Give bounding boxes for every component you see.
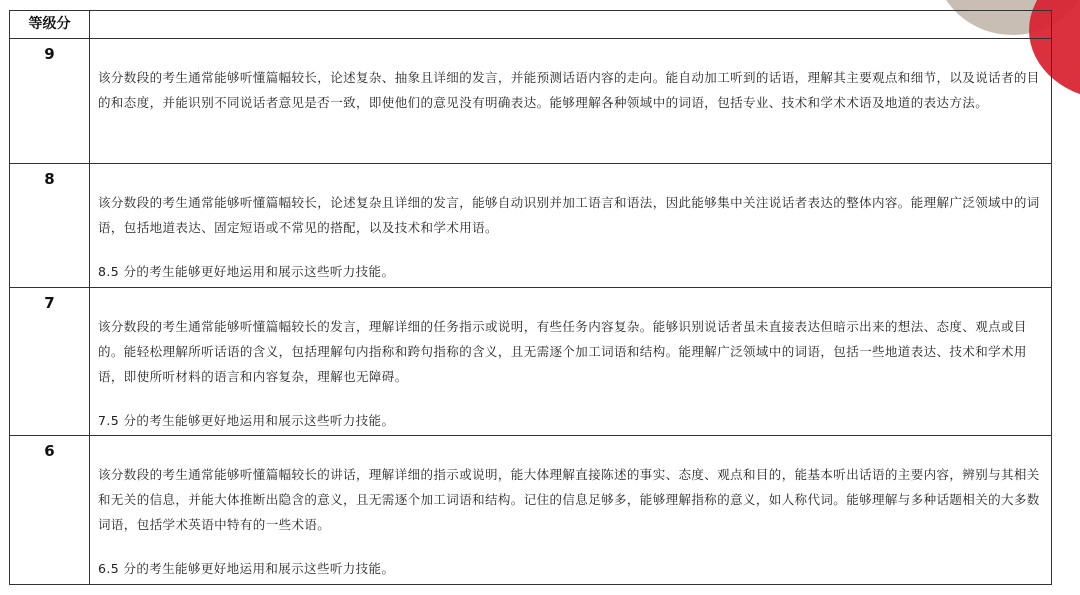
table-row: 8 该分数段的考生通常能够听懂篇幅较长，论述复杂且详细的发言，能够自动识别并加工… <box>10 164 1052 288</box>
band-description: 该分数段的考生通常能够听懂篇幅较长，论述复杂且详细的发言，能够自动识别并加工语言… <box>98 190 1043 240</box>
table-row: 6 该分数段的考生通常能够听懂篇幅较长的讲话，理解详细的指示或说明，能大体理解直… <box>10 436 1052 585</box>
table-row: 9 该分数段的考生通常能够听懂篇幅较长，论述复杂、抽象且详细的发言，并能预测话语… <box>10 39 1052 164</box>
band-score: 8 <box>10 164 90 288</box>
band-descriptor-table: 等级分 9 该分数段的考生通常能够听懂篇幅较长，论述复杂、抽象且详细的发言，并能… <box>9 10 1052 585</box>
band-description-cell: 该分数段的考生通常能够听懂篇幅较长，论述复杂且详细的发言，能够自动识别并加工语言… <box>90 164 1052 288</box>
band-description: 该分数段的考生通常能够听懂篇幅较长的发言，理解详细的任务指示或说明，有些任务内容… <box>98 314 1043 389</box>
header-description-label <box>90 11 1052 39</box>
band-description-cell: 该分数段的考生通常能够听懂篇幅较长的讲话，理解详细的指示或说明，能大体理解直接陈… <box>90 436 1052 585</box>
half-band-note: 8.5 分的考生能够更好地运用和展示这些听力技能。 <box>98 259 1043 284</box>
band-description-cell: 该分数段的考生通常能够听懂篇幅较长，论述复杂、抽象且详细的发言，并能预测话语内容… <box>90 39 1052 164</box>
band-score: 7 <box>10 288 90 436</box>
band-score: 9 <box>10 39 90 164</box>
band-score: 6 <box>10 436 90 585</box>
table-header-row: 等级分 <box>10 11 1052 39</box>
band-description: 该分数段的考生通常能够听懂篇幅较长的讲话，理解详细的指示或说明，能大体理解直接陈… <box>98 462 1043 537</box>
half-band-note: 6.5 分的考生能够更好地运用和展示这些听力技能。 <box>98 556 1043 581</box>
band-description: 该分数段的考生通常能够听懂篇幅较长，论述复杂、抽象且详细的发言，并能预测话语内容… <box>98 65 1043 115</box>
half-band-note: 7.5 分的考生能够更好地运用和展示这些听力技能。 <box>98 408 1043 433</box>
header-score-label: 等级分 <box>10 11 90 39</box>
table-row: 7 该分数段的考生通常能够听懂篇幅较长的发言，理解详细的任务指示或说明，有些任务… <box>10 288 1052 436</box>
band-description-cell: 该分数段的考生通常能够听懂篇幅较长的发言，理解详细的任务指示或说明，有些任务内容… <box>90 288 1052 436</box>
